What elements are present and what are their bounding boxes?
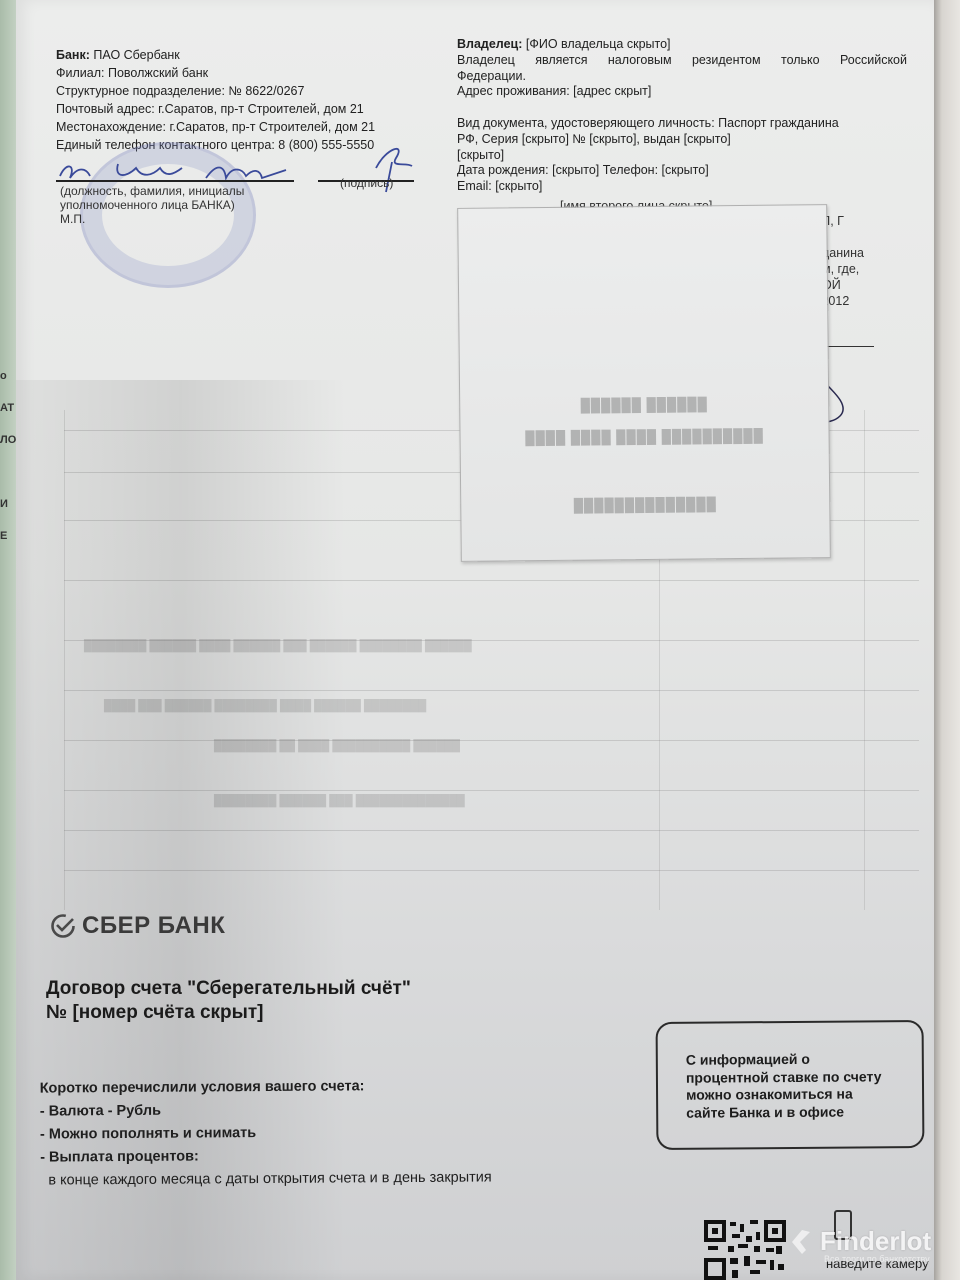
background-edge-marks: оАТЛОИЕ (0, 360, 14, 552)
bank-location: Местонахождение: г.Саратов, пр-т Строите… (56, 118, 436, 136)
sticky-show-through: ██████████████ (461, 495, 829, 514)
owner-id-doc-3: [скрыто] (457, 148, 907, 164)
sber-check-icon (50, 913, 76, 939)
sticky-show-through: ████ ████ ████ ██████████ (460, 427, 828, 446)
owner-tax-resident: Владелец является налоговым резидентом т… (457, 53, 907, 69)
term-detail: в конце каждого месяца с даты открытия с… (40, 1166, 492, 1192)
rate-info-line: процентной ставке по счету (686, 1068, 882, 1087)
caption-signature: (подпись) (340, 176, 393, 190)
owner-info-block: Владелец: [ФИО владельца скрыто] Владеле… (457, 37, 907, 195)
qr-code (704, 1216, 786, 1280)
interest-rate-info-box: С информацией о процентной ставке по сче… (656, 1020, 925, 1150)
owner-label: Владелец: (457, 37, 522, 51)
contract-number: № [номер счёта скрыт] (46, 1002, 264, 1024)
bank-branch: Филиал: Поволжский банк (56, 64, 436, 82)
rate-info-line: сайте Банка и в офисе (686, 1103, 882, 1122)
owner-name: [ФИО владельца скрыто] (526, 37, 671, 51)
hidden-text-fragment: данина (822, 246, 864, 260)
term-item: - Можно пополнять и снимать (40, 1120, 492, 1146)
term-item: - Валюта - Рубль (40, 1097, 492, 1123)
rate-info-line: можно ознакомиться на (686, 1085, 882, 1104)
owner-email: Email: [скрыто] (457, 179, 907, 195)
caption-seal: М.П. (60, 212, 244, 226)
owner-id-doc: Вид документа, удостоверяющего личность:… (457, 116, 907, 132)
signature-line-name (56, 180, 294, 182)
sticky-note-cover: ██████ ██████ ████ ████ ████ ██████████ … (457, 204, 831, 562)
finderlot-watermark: Finderlot Все торги по банкротству (788, 1226, 931, 1257)
bank-label: Банк: (56, 48, 90, 62)
sber-wordmark: СБЕР БАНК (82, 912, 225, 940)
rate-info-line: С информацией о (686, 1050, 882, 1069)
finderlot-logo-icon (788, 1228, 816, 1256)
owner-tax-resident-2: Федерации. (457, 69, 907, 85)
caption-authorized: уполномоченного лица БАНКА) (60, 198, 244, 212)
owner-birth-phone: Дата рождения: [скрыто] Телефон: [скрыто… (457, 163, 907, 179)
bank-postal-address: Почтовый адрес: г.Саратов, пр-т Строител… (56, 100, 436, 118)
signature-captions: (должность, фамилия, инициалы уполномоче… (60, 184, 244, 226)
owner-id-doc-2: РФ, Серия [скрыто] № [скрыто], выдан [ск… (457, 132, 907, 148)
watermark-text: Finderlot (820, 1226, 931, 1257)
bank-name: ПАО Сбербанк (93, 48, 179, 62)
term-item: - Выплата процентов: (40, 1143, 492, 1169)
owner-address-2 (457, 100, 907, 116)
sticky-show-through: ██████ ██████ (460, 395, 828, 414)
sber-logo: СБЕР БАНК (50, 912, 225, 940)
watermark-subtext: Все торги по банкротству (824, 1254, 930, 1264)
owner-address: Адрес проживания: [адрес скрыт] (457, 84, 907, 100)
account-terms: Коротко перечислили условия вашего счета… (40, 1074, 492, 1192)
terms-heading: Коротко перечислили условия вашего счета… (40, 1074, 492, 1100)
background-edge-right (930, 0, 960, 1280)
contract-title: Договор счета "Сберегательный счёт" (46, 976, 411, 1002)
caption-position: (должность, фамилия, инициалы (60, 184, 244, 198)
bank-division: Структурное подразделение: № 8622/0267 (56, 82, 436, 100)
